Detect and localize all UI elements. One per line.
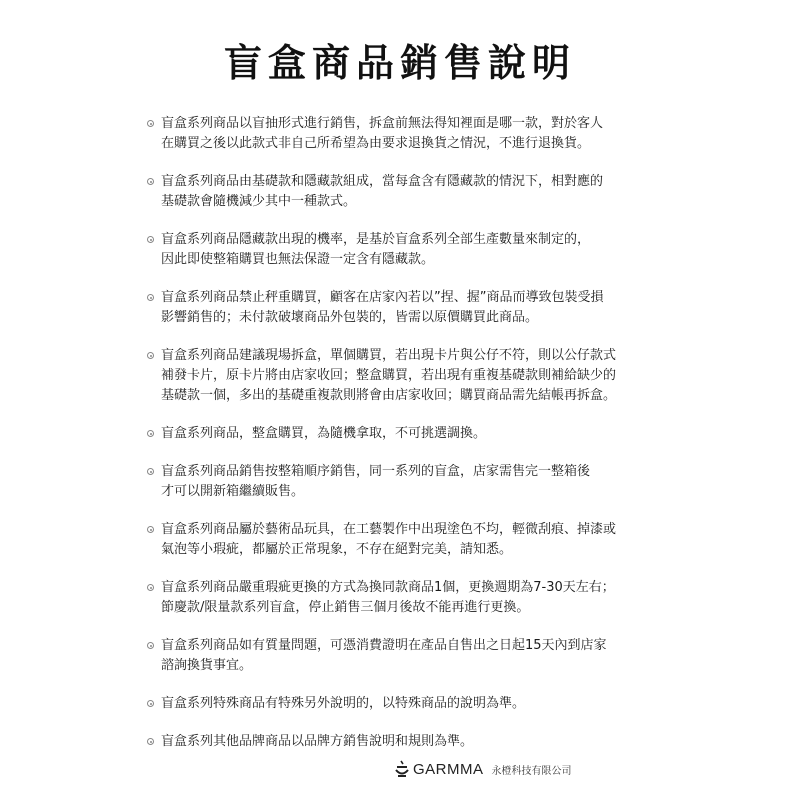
bullet-icon <box>147 468 154 475</box>
bullet-icon <box>147 236 154 243</box>
rule-text-line: 節慶款/限量款系列盲盒，停止銷售三個月後故不能再進行更換。 <box>161 598 667 618</box>
rule-item: 盲盒系列商品建議現場拆盒，單個購買，若出現卡片與公仔不符，則以公仔款式補發卡片，… <box>147 346 667 406</box>
rule-text-line: 因此即使整箱購買也無法保證一定含有隱藏款。 <box>161 250 667 270</box>
bullet-icon <box>147 584 154 591</box>
rule-text-line: 盲盒系列商品由基礎款和隱藏款組成，當每盒含有隱藏款的情況下，相對應的 <box>161 172 667 192</box>
bullet-icon <box>147 120 154 127</box>
garmma-logo-icon <box>395 760 409 778</box>
rule-text-line: 基礎款會隨機減少其中一種款式。 <box>161 192 667 212</box>
rule-text-line: 盲盒系列商品禁止秤重購買，顧客在店家內若以”捏、握”商品而導致包裝受損 <box>161 288 667 308</box>
rules-list: 盲盒系列商品以盲抽形式進行銷售，拆盒前無法得知裡面是哪一款，對於客人在購買之後以… <box>147 114 667 770</box>
rule-item: 盲盒系列商品，整盒購買，為隨機拿取，不可挑選調換。 <box>147 424 667 444</box>
page-title: 盲盒商品銷售說明 <box>0 32 800 87</box>
rule-text-line: 盲盒系列商品隱藏款出現的機率，是基於盲盒系列全部生產數量來制定的， <box>161 230 667 250</box>
brand-name: GARMMA <box>413 761 484 778</box>
rule-text-line: 諮詢換貨事宜。 <box>161 656 667 676</box>
rule-item: 盲盒系列商品屬於藝術品玩具，在工藝製作中出現塗色不均，輕微刮痕、掉漆或氣泡等小瑕… <box>147 520 667 560</box>
company-name: 永橙科技有限公司 <box>492 762 572 777</box>
rule-text-line: 盲盒系列商品，整盒購買，為隨機拿取，不可挑選調換。 <box>161 424 667 444</box>
rule-text-line: 盲盒系列特殊商品有特殊另外說明的，以特殊商品的說明為準。 <box>161 694 667 714</box>
rule-text-line: 補發卡片，原卡片將由店家收回；整盒購買，若出現有重複基礎款則補給缺少的 <box>161 366 667 386</box>
bullet-icon <box>147 178 154 185</box>
rule-text-line: 氣泡等小瑕疵，都屬於正常現象，不存在絕對完美，請知悉。 <box>161 540 667 560</box>
rule-text-line: 盲盒系列商品銷售按整箱順序銷售，同一系列的盲盒，店家需售完一整箱後 <box>161 462 667 482</box>
rule-text-line: 盲盒系列其他品牌商品以品牌方銷售說明和規則為準。 <box>161 732 667 752</box>
bullet-icon <box>147 352 154 359</box>
rule-item: 盲盒系列商品如有質量問題，可憑消費證明在產品自售出之日起15天內到店家諮詢換貨事… <box>147 636 667 676</box>
rule-item: 盲盒系列商品由基礎款和隱藏款組成，當每盒含有隱藏款的情況下，相對應的基礎款會隨機… <box>147 172 667 212</box>
rule-item: 盲盒系列商品隱藏款出現的機率，是基於盲盒系列全部生產數量來制定的，因此即使整箱購… <box>147 230 667 270</box>
rule-text-line: 影響銷售的；未付款破壞商品外包裝的，皆需以原價購買此商品。 <box>161 308 667 328</box>
rule-text-line: 才可以開新箱繼續販售。 <box>161 482 667 502</box>
rule-item: 盲盒系列特殊商品有特殊另外說明的，以特殊商品的說明為準。 <box>147 694 667 714</box>
rule-text-line: 盲盒系列商品如有質量問題，可憑消費證明在產品自售出之日起15天內到店家 <box>161 636 667 656</box>
rule-text-line: 在購買之後以此款式非自己所希望為由要求退換貨之情況，不進行退換貨。 <box>161 134 667 154</box>
bullet-icon <box>147 526 154 533</box>
rule-text-line: 盲盒系列商品屬於藝術品玩具，在工藝製作中出現塗色不均，輕微刮痕、掉漆或 <box>161 520 667 540</box>
rule-text-line: 盲盒系列商品嚴重瑕疵更換的方式為換同款商品1個，更換週期為7-30天左右； <box>161 578 667 598</box>
bullet-icon <box>147 430 154 437</box>
rule-item: 盲盒系列商品禁止秤重購買，顧客在店家內若以”捏、握”商品而導致包裝受損影響銷售的… <box>147 288 667 328</box>
bullet-icon <box>147 642 154 649</box>
bullet-icon <box>147 294 154 301</box>
rule-text-line: 盲盒系列商品以盲抽形式進行銷售，拆盒前無法得知裡面是哪一款，對於客人 <box>161 114 667 134</box>
rule-item: 盲盒系列商品銷售按整箱順序銷售，同一系列的盲盒，店家需售完一整箱後才可以開新箱繼… <box>147 462 667 502</box>
bullet-icon <box>147 700 154 707</box>
rule-text-line: 盲盒系列商品建議現場拆盒，單個購買，若出現卡片與公仔不符，則以公仔款式 <box>161 346 667 366</box>
rule-item: 盲盒系列商品嚴重瑕疵更換的方式為換同款商品1個，更換週期為7-30天左右；節慶款… <box>147 578 667 618</box>
rule-item: 盲盒系列其他品牌商品以品牌方銷售說明和規則為準。 <box>147 732 667 752</box>
rule-item: 盲盒系列商品以盲抽形式進行銷售，拆盒前無法得知裡面是哪一款，對於客人在購買之後以… <box>147 114 667 154</box>
bullet-icon <box>147 738 154 745</box>
footer-brand: GARMMA 永橙科技有限公司 <box>395 760 572 778</box>
rule-text-line: 基礎款一個，多出的基礎重複款則將會由店家收回；購買商品需先結帳再拆盒。 <box>161 386 667 406</box>
